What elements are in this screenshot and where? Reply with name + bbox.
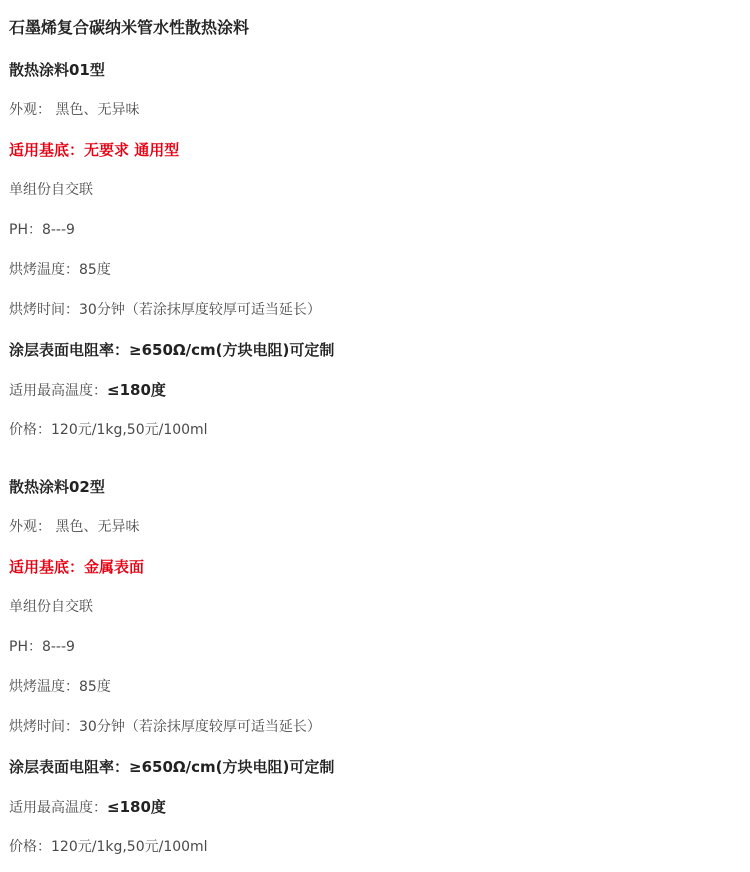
product-02-price: 价格：120元/1kg,50元/100ml — [9, 837, 208, 857]
product-02-max-temp-label: 适用最高温度： — [9, 800, 107, 816]
product-02-resistivity: 涂层表面电阻率：≥650Ω/cm(方块电阻)可定制 — [9, 757, 334, 777]
product-01-price: 价格：120元/1kg,50元/100ml — [9, 420, 208, 440]
product-01-max-temp-value: ≤180度 — [107, 381, 166, 399]
product-01-bake-temp: 烘烤温度：85度 — [9, 260, 111, 280]
product-01-resistivity: 涂层表面电阻率：≥650Ω/cm(方块电阻)可定制 — [9, 340, 334, 360]
product-01-max-temp-label: 适用最高温度： — [9, 383, 107, 399]
product-02-crosslink: 单组份自交联 — [9, 597, 93, 617]
product-01-max-temp: 适用最高温度：≤180度 — [9, 380, 166, 401]
product-02-name: 散热涂料02型 — [9, 477, 105, 497]
product-01-name: 散热涂料01型 — [9, 60, 105, 80]
product-02-appearance: 外观： 黑色、无异味 — [9, 517, 139, 537]
product-02-bake-temp: 烘烤温度：85度 — [9, 677, 111, 697]
product-01-bake-time: 烘烤时间：30分钟（若涂抹厚度较厚可适当延长） — [9, 300, 321, 320]
product-01-substrate: 适用基底：无要求 通用型 — [9, 140, 179, 160]
product-02-max-temp-value: ≤180度 — [107, 798, 166, 816]
product-02-ph: PH：8---9 — [9, 637, 75, 657]
product-01-appearance: 外观： 黑色、无异味 — [9, 100, 139, 120]
product-01-ph: PH：8---9 — [9, 220, 75, 240]
page-title: 石墨烯复合碳纳米管水性散热涂料 — [9, 18, 249, 38]
product-02-max-temp: 适用最高温度：≤180度 — [9, 797, 166, 818]
product-02-bake-time: 烘烤时间：30分钟（若涂抹厚度较厚可适当延长） — [9, 717, 321, 737]
product-02-substrate: 适用基底：金属表面 — [9, 557, 144, 577]
product-01-crosslink: 单组份自交联 — [9, 180, 93, 200]
